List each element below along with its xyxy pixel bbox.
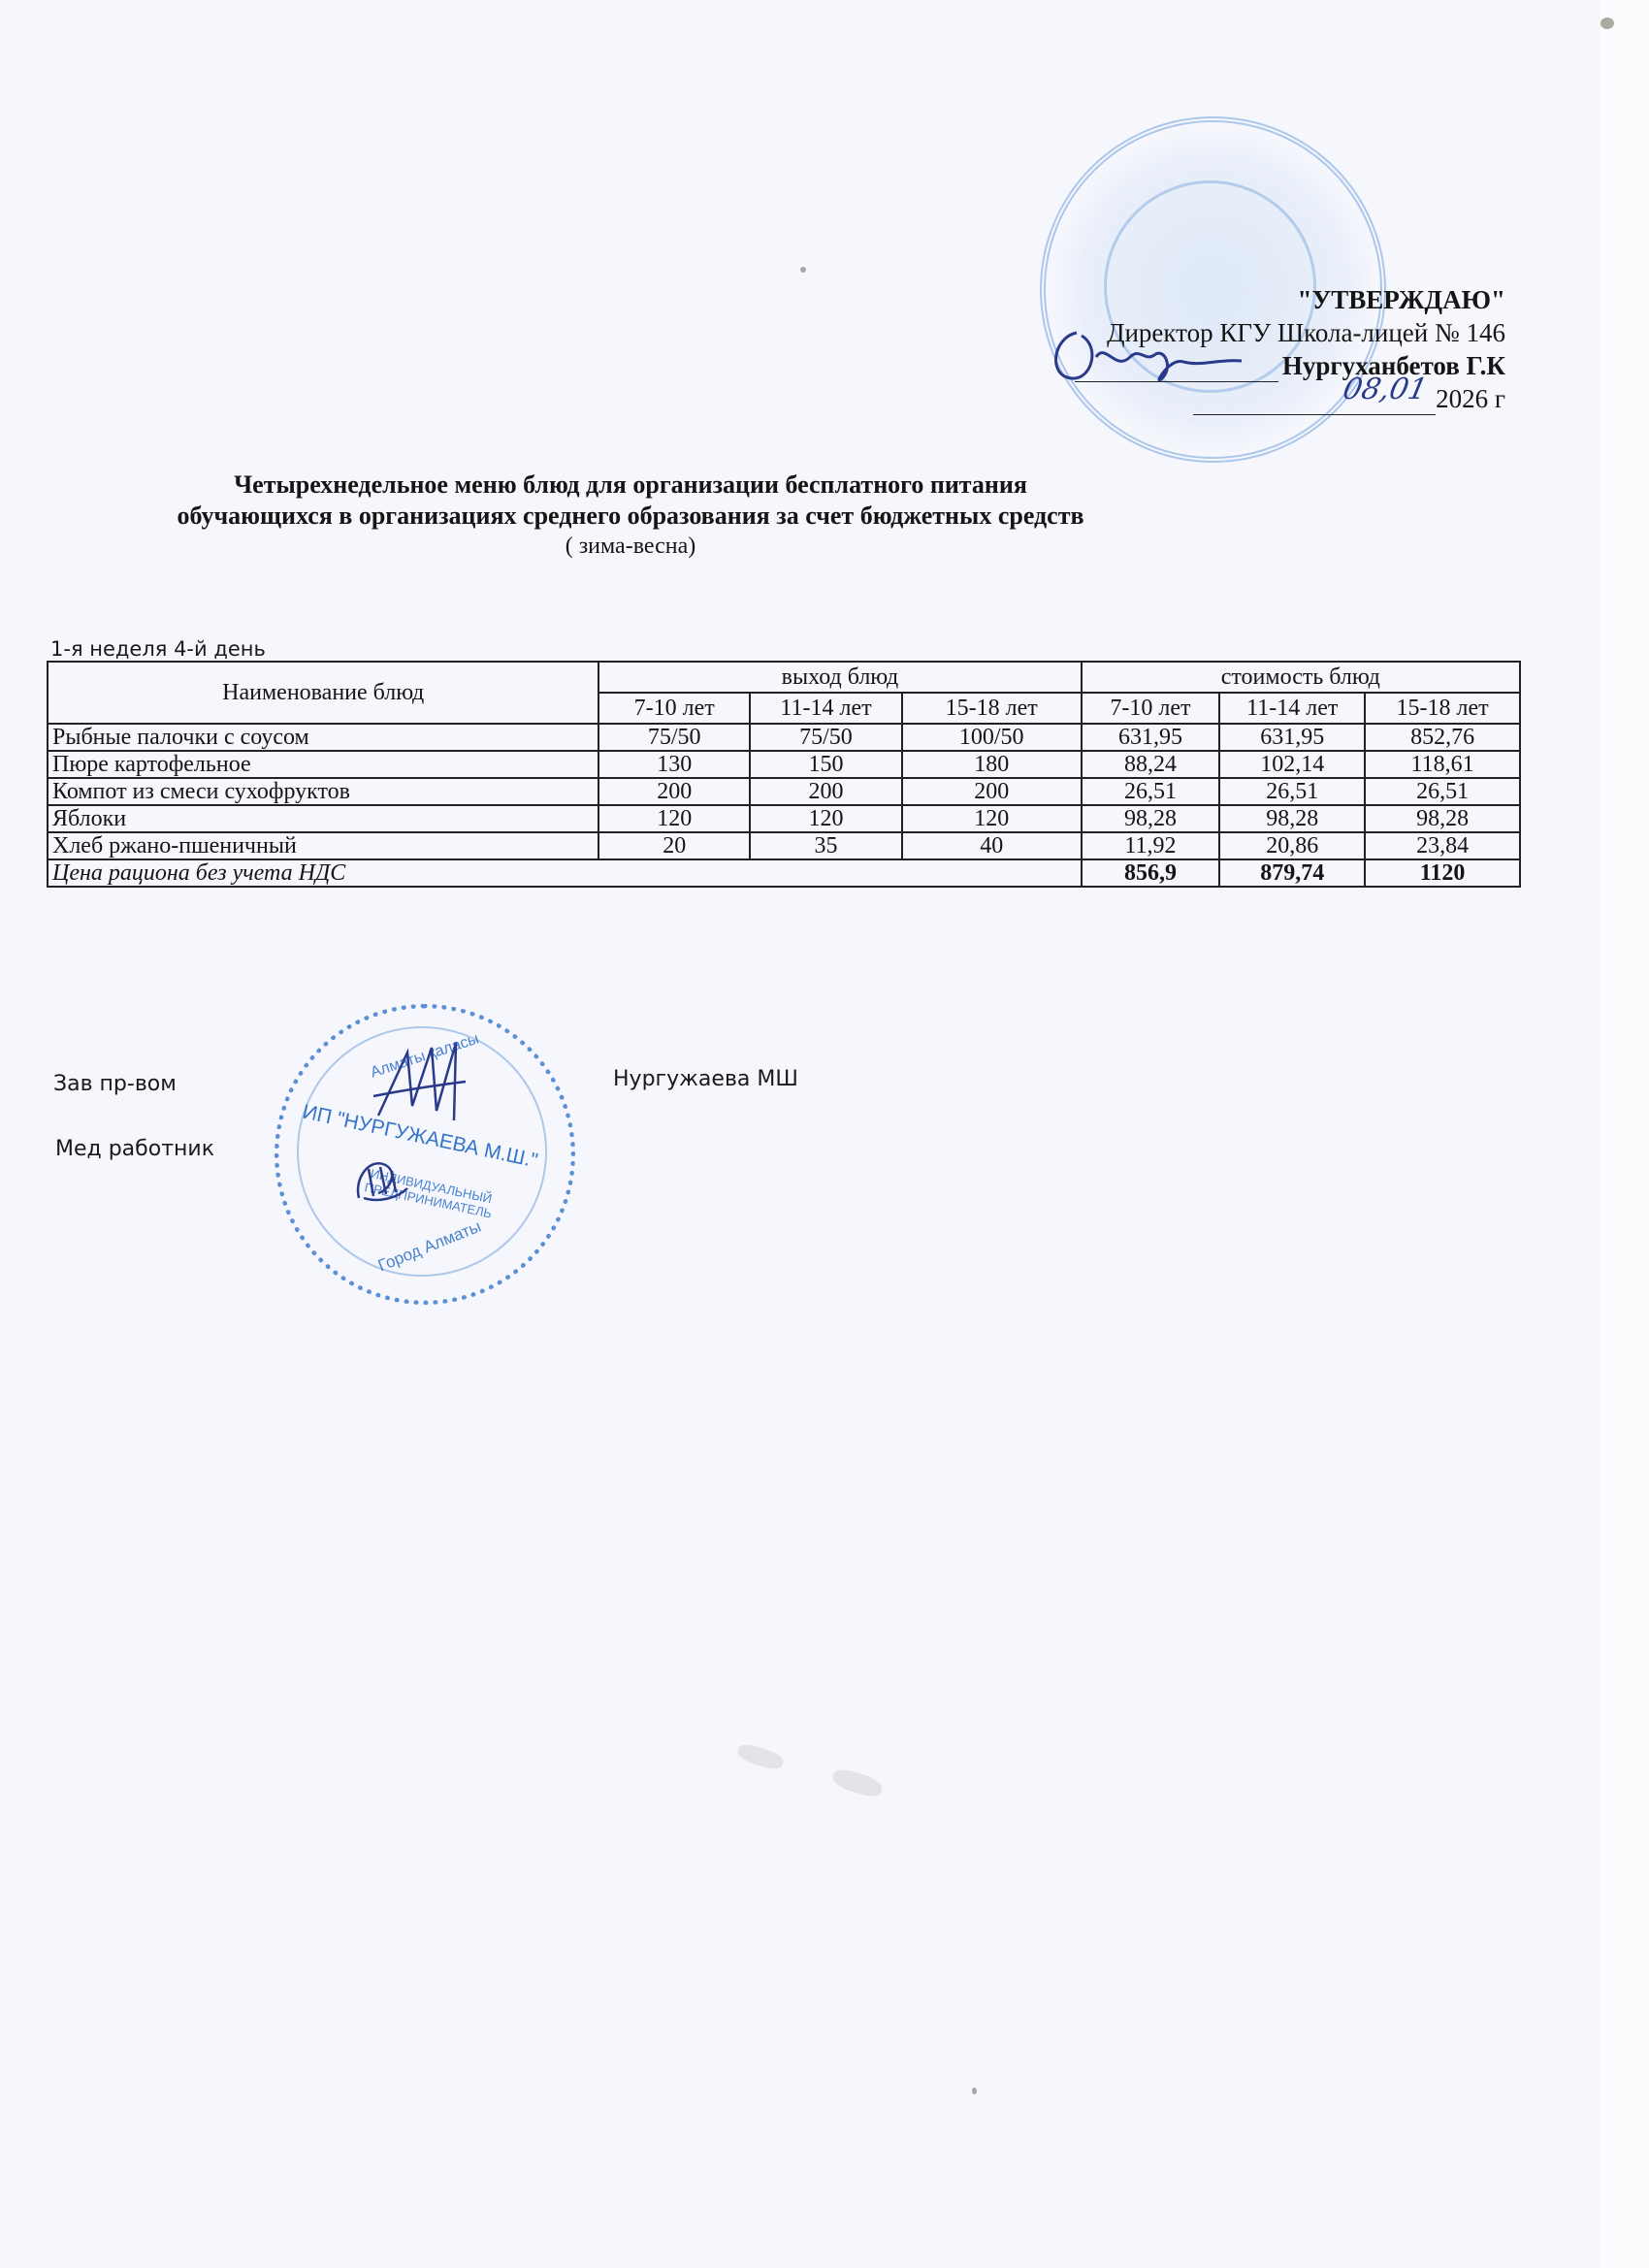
document-title: Четырехнедельное меню блюд для организац…: [0, 470, 1261, 561]
total-cost-cell: 1120: [1365, 859, 1520, 887]
approval-heading: "УТВЕРЖДАЮ": [1075, 283, 1505, 316]
production-head-label: Зав пр-вом: [53, 1072, 177, 1096]
paper-edge: [1600, 0, 1649, 2268]
cost-cell: 102,14: [1219, 751, 1365, 778]
dish-name: Пюре картофельное: [48, 751, 598, 778]
speck: [800, 267, 806, 273]
column-group-output: выход блюд: [598, 662, 1081, 693]
medic-label: Мед работник: [55, 1137, 214, 1161]
dish-name: Яблоки: [48, 805, 598, 832]
output-cell: 150: [750, 751, 902, 778]
column-header-output-age-3: 15-18 лет: [902, 693, 1082, 724]
column-group-cost: стоимость блюд: [1082, 662, 1520, 693]
production-head-name: Нургужаева МШ: [613, 1067, 798, 1091]
menu-table: Наименование блюд выход блюд стоимость б…: [47, 661, 1521, 888]
title-line-2: обучающихся в организациях среднего обра…: [0, 501, 1261, 532]
column-header-cost-age-3: 15-18 лет: [1365, 693, 1520, 724]
output-cell: 120: [902, 805, 1082, 832]
smudge: [830, 1766, 885, 1799]
output-cell: 120: [750, 805, 902, 832]
output-cell: 200: [902, 778, 1082, 805]
column-header-cost-age-2: 11-14 лет: [1219, 693, 1365, 724]
cost-cell: 88,24: [1082, 751, 1220, 778]
cost-cell: 631,95: [1219, 724, 1365, 751]
cost-cell: 98,28: [1082, 805, 1220, 832]
production-head-signature: [369, 1038, 485, 1125]
dish-name: Хлеб ржано-пшеничный: [48, 832, 598, 859]
output-cell: 20: [598, 832, 750, 859]
smudge: [735, 1741, 785, 1772]
column-header-dish-name: Наименование блюд: [48, 662, 598, 724]
output-cell: 100/50: [902, 724, 1082, 751]
output-cell: 200: [750, 778, 902, 805]
column-header-cost-age-1: 7-10 лет: [1082, 693, 1220, 724]
total-cost-cell: 879,74: [1219, 859, 1365, 887]
director-signature: [1048, 318, 1261, 396]
medic-signature: [349, 1150, 417, 1208]
dish-name: Рыбные палочки с соусом: [48, 724, 598, 751]
cost-cell: 11,92: [1082, 832, 1220, 859]
table-row: Рыбные палочки с соусом 75/50 75/50 100/…: [48, 724, 1520, 751]
column-header-output-age-1: 7-10 лет: [598, 693, 750, 724]
cost-cell: 23,84: [1365, 832, 1520, 859]
cost-cell: 26,51: [1082, 778, 1220, 805]
output-cell: 200: [598, 778, 750, 805]
total-cost-cell: 856,9: [1082, 859, 1220, 887]
period-label: 1-я неделя 4-й день: [50, 637, 266, 661]
table-row: Пюре картофельное 130 150 180 88,24 102,…: [48, 751, 1520, 778]
table-row: Яблоки 120 120 120 98,28 98,28 98,28: [48, 805, 1520, 832]
table-row: Хлеб ржано-пшеничный 20 35 40 11,92 20,8…: [48, 832, 1520, 859]
table-row: Компот из смеси сухофруктов 200 200 200 …: [48, 778, 1520, 805]
title-line-1: Четырехнедельное меню блюд для организац…: [0, 470, 1261, 501]
output-cell: 75/50: [750, 724, 902, 751]
output-cell: 75/50: [598, 724, 750, 751]
cost-cell: 20,86: [1219, 832, 1365, 859]
approval-year: 2026 г: [1436, 384, 1505, 413]
column-header-output-age-2: 11-14 лет: [750, 693, 902, 724]
output-cell: 40: [902, 832, 1082, 859]
cost-cell: 631,95: [1082, 724, 1220, 751]
speck: [972, 2088, 977, 2094]
total-label: Цена рациона без учета НДС: [48, 859, 1082, 887]
title-season: ( зима-весна): [0, 532, 1261, 561]
total-row: Цена рациона без учета НДС 856,9 879,74 …: [48, 859, 1520, 887]
output-cell: 35: [750, 832, 902, 859]
handwritten-date: 08,01: [1340, 373, 1430, 406]
cost-cell: 26,51: [1365, 778, 1520, 805]
cost-cell: 852,76: [1365, 724, 1520, 751]
output-cell: 180: [902, 751, 1082, 778]
dish-name: Компот из смеси сухофруктов: [48, 778, 598, 805]
speck: [1600, 17, 1614, 29]
cost-cell: 118,61: [1365, 751, 1520, 778]
output-cell: 120: [598, 805, 750, 832]
cost-cell: 98,28: [1219, 805, 1365, 832]
output-cell: 130: [598, 751, 750, 778]
cost-cell: 98,28: [1365, 805, 1520, 832]
cost-cell: 26,51: [1219, 778, 1365, 805]
